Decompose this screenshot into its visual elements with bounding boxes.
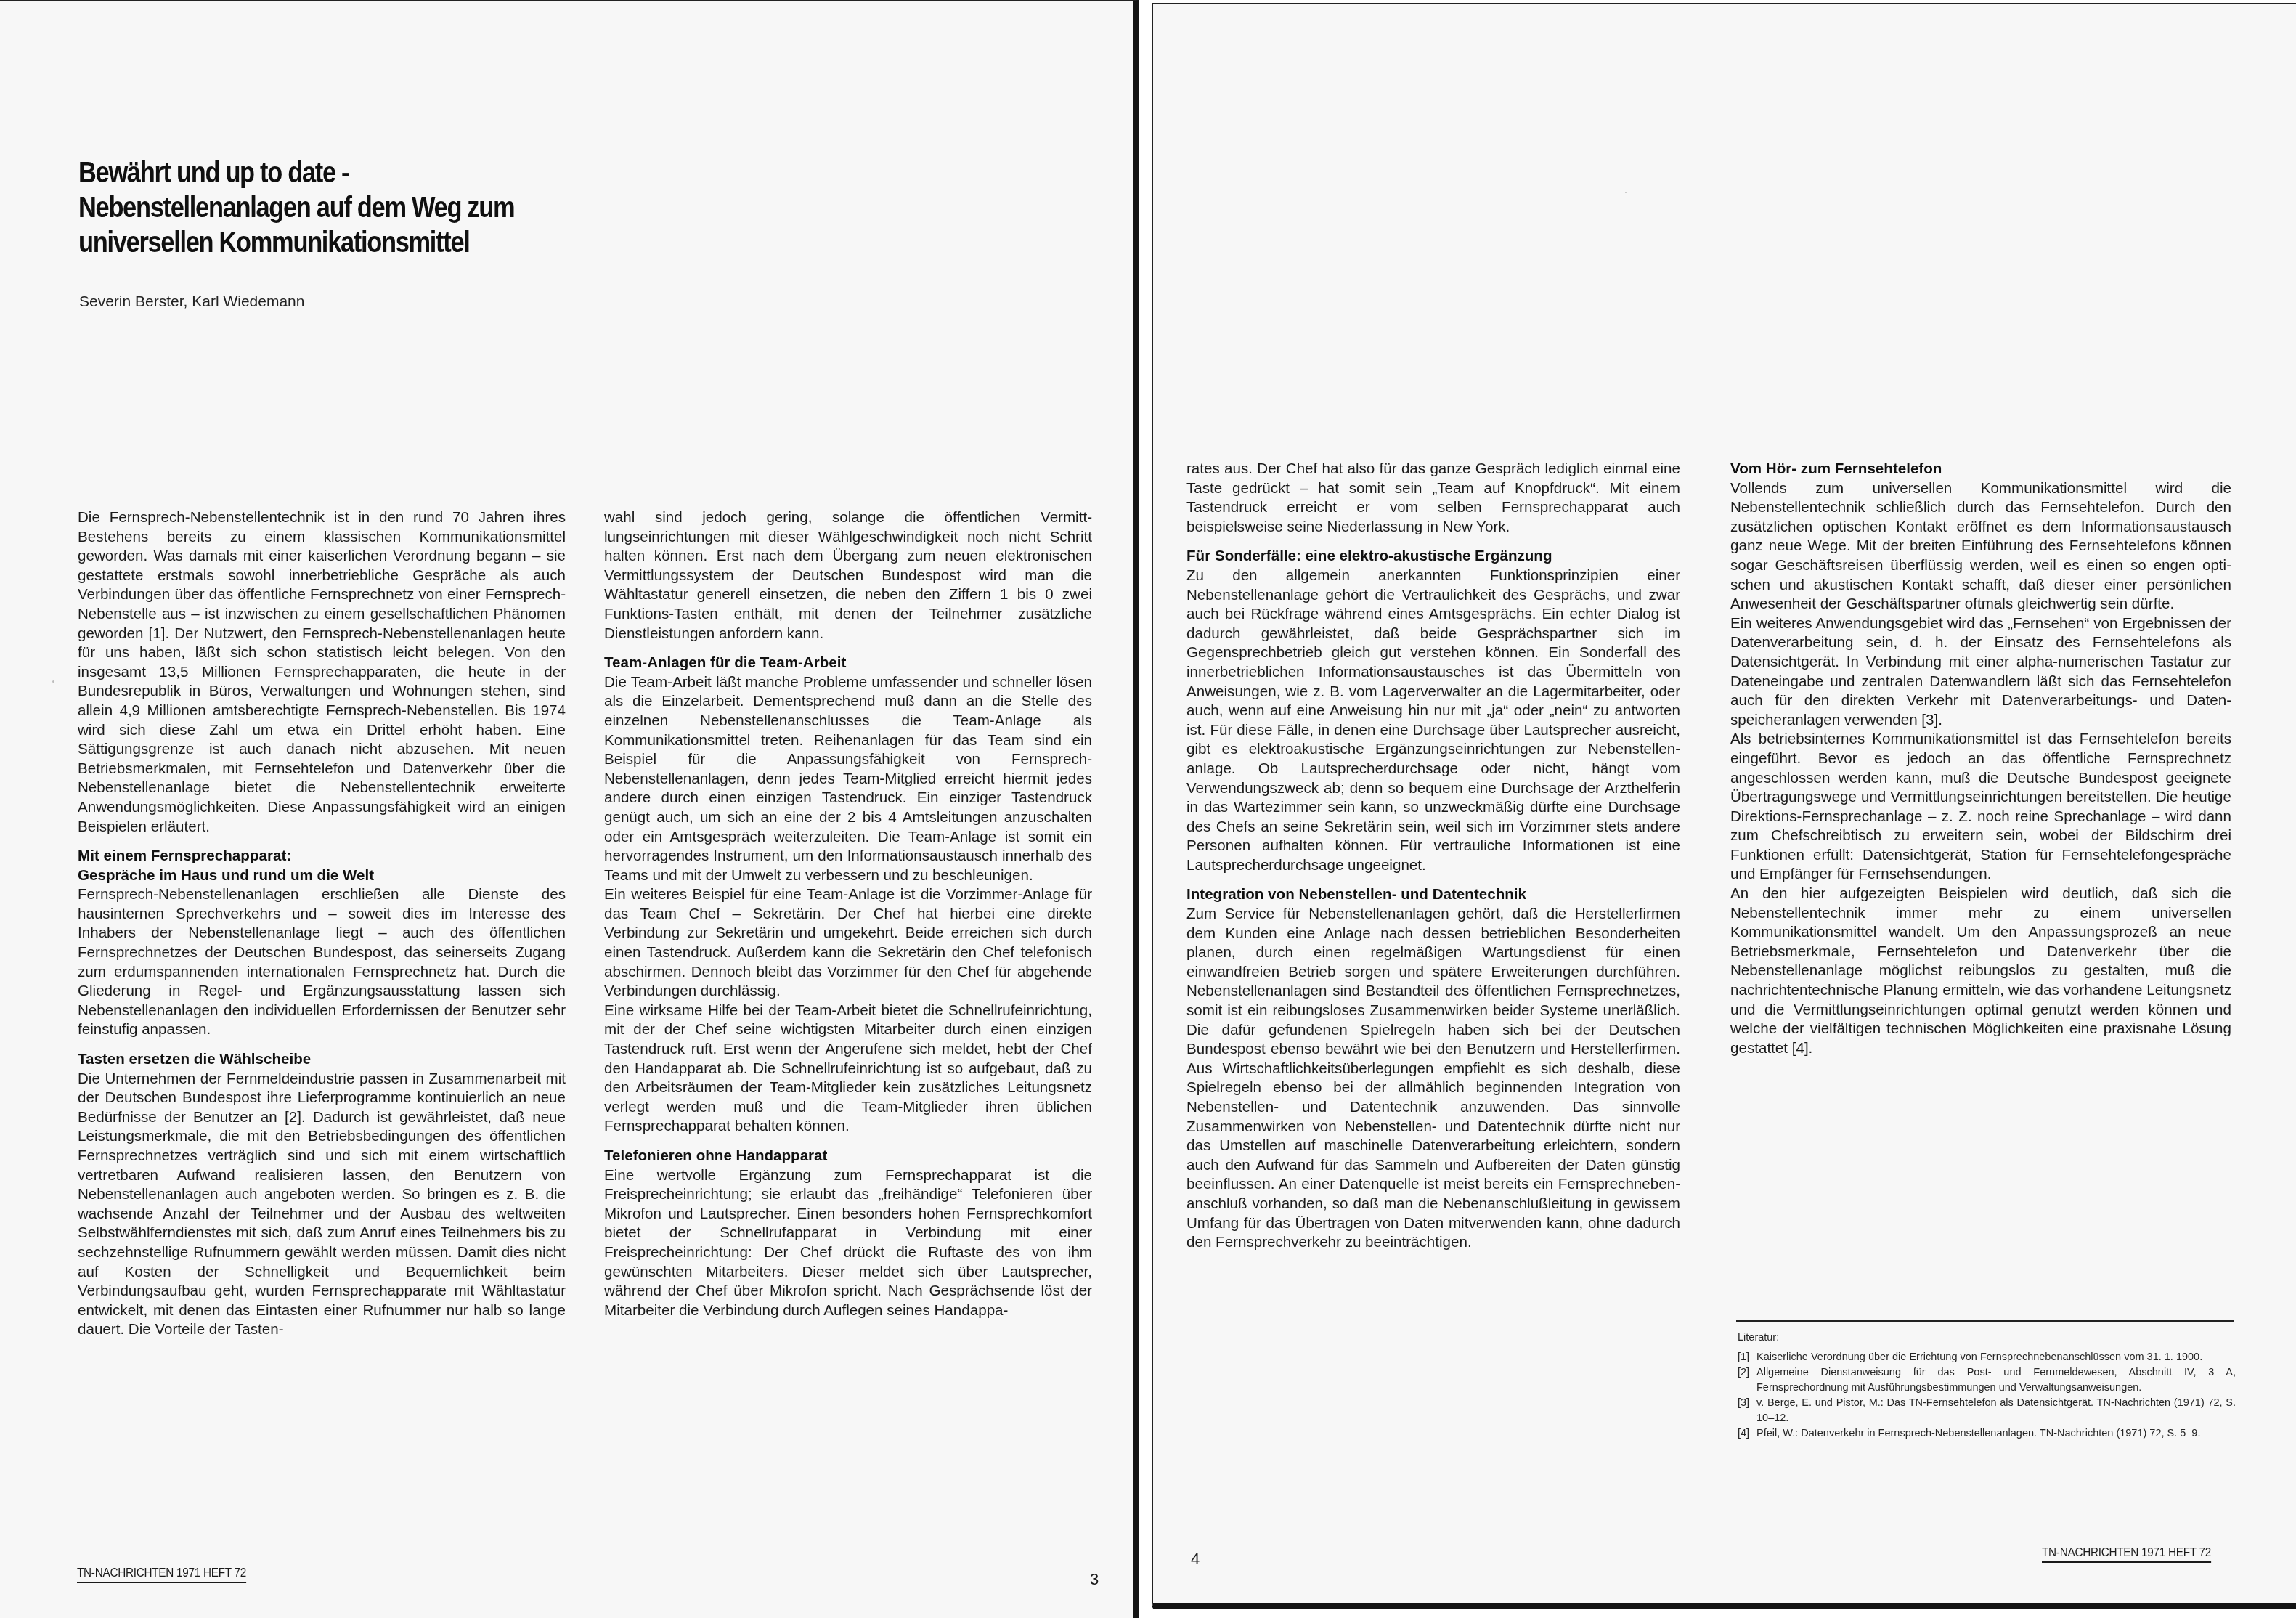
section-body-fernsehtelefon-4: An den hier aufgezeigten Beispielen wird… (1730, 885, 2231, 1058)
references-divider (1736, 1320, 2234, 1322)
left-page-column-2: wahl sind jedoch gering, solange die öff… (604, 508, 1092, 1320)
references-list: Literatur: [1] Kaiserliche Verordnung üb… (1738, 1330, 2236, 1442)
section-body-team-anlagen-2: Ein weiteres Beispiel für eine Team-Anla… (604, 885, 1092, 1001)
continuation-paragraph: rates aus. Der Chef hat also für das gan… (1186, 460, 1680, 537)
section-body-fernsehtelefon-3: Als betriebsinternes Kommunikationsmitte… (1730, 730, 2231, 885)
section-body-fernsehtelefon-2: Ein weiteres Anwendungsgebiet wird das „… (1730, 614, 2231, 731)
page-number-right: 4 (1191, 1550, 1200, 1569)
section-body-team-anlagen-1: Die Team-Arbeit läßt manche Probleme umf… (604, 673, 1092, 886)
scan-speck (1625, 192, 1627, 193)
left-page-column-1: Die Fernsprech-Nebenstellentechnik ist i… (78, 508, 566, 1340)
section-heading-team-anlagen: Team-Anlagen für die Team-Arbeit (604, 654, 1092, 673)
journal-footer-right: TN-NACHRICHTEN 1971 HEFT 72 (2042, 1545, 2211, 1563)
section-heading-fernsprechapparat-line1: Mit einem Fernsprechapparat: (78, 847, 566, 866)
reference-item: [4] Pfeil, W.: Datenverkehr in Fernsprec… (1738, 1426, 2236, 1442)
title-line-1: Bewährt und up to date - (78, 155, 540, 190)
references-label: Literatur: (1738, 1330, 2236, 1346)
article-authors: Severin Berster, Karl Wiedemann (79, 293, 304, 311)
reference-item: [1] Kaiserliche Verordnung über die Erri… (1738, 1350, 2236, 1365)
reference-number: [4] (1738, 1426, 1756, 1442)
section-body-fernsprechapparat: Fernsprech-Nebenstellenanlagen erschließ… (78, 885, 566, 1040)
reference-item: [2] Allgemeine Dienstanweisung für das P… (1738, 1365, 2236, 1396)
title-line-2: Nebenstellenanlagen auf dem Weg zum (78, 190, 540, 225)
title-line-3: universellen Kommunikationsmittel (78, 225, 540, 260)
section-heading-fernsehtelefon: Vom Hör- zum Fernsehtelefon (1730, 460, 2231, 479)
page-left: Bewährt und up to date - Nebenstellenanl… (0, 0, 1139, 1618)
reference-number: [1] (1738, 1350, 1756, 1365)
reference-item: [3] v. Berge, E. und Pistor, M.: Das TN-… (1738, 1396, 2236, 1426)
article-title: Bewährt und up to date - Nebenstellenanl… (78, 155, 540, 260)
section-body-integration: Zum Service für Nebenstellenanlagen gehö… (1186, 905, 1680, 1253)
page-right: rates aus. Der Chef hat also für das gan… (1152, 3, 2296, 1609)
journal-footer-left: TN-NACHRICHTEN 1971 HEFT 72 (77, 1566, 246, 1583)
reference-text: v. Berge, E. und Pistor, M.: Das TN-Fern… (1756, 1396, 2236, 1426)
section-heading-tasten: Tasten ersetzen die Wählscheibe (78, 1050, 566, 1070)
reference-number: [3] (1738, 1396, 1756, 1426)
right-page-column-2: Vom Hör- zum Fernsehtelefon Vollends zum… (1730, 460, 2231, 1058)
section-heading-telefonieren: Telefonieren ohne Handapparat (604, 1147, 1092, 1166)
intro-paragraph: Die Fernsprech-Nebenstellentechnik ist i… (78, 508, 566, 837)
reference-number: [2] (1738, 1365, 1756, 1396)
scan-speck (52, 680, 54, 683)
section-heading-fernsprechapparat-line2: Gespräche im Haus und rund um die Welt (78, 866, 566, 886)
reference-text: Allgemeine Dienstanweisung für das Post-… (1756, 1365, 2236, 1396)
right-page-column-1: rates aus. Der Chef hat also für das gan… (1186, 460, 1680, 1253)
section-body-telefonieren: Eine wertvolle Ergänzung zum Fernsprecha… (604, 1166, 1092, 1321)
reference-text: Kaiserliche Verordnung über die Errichtu… (1756, 1350, 2236, 1365)
section-body-fernsehtelefon-1: Vollends zum universellen Kommunikations… (1730, 479, 2231, 614)
page-number-left: 3 (1090, 1570, 1099, 1589)
continuation-paragraph: wahl sind jedoch gering, solange die öff… (604, 508, 1092, 643)
section-heading-sonderfaelle: Für Sonderfälle: eine elektro-akustische… (1186, 547, 1680, 566)
section-body-sonderfaelle: Zu den allgemein anerkannten Funktionspr… (1186, 566, 1680, 876)
section-body-team-anlagen-3: Eine wirksame Hilfe bei der Team-Arbeit … (604, 1001, 1092, 1137)
section-body-tasten: Die Unternehmen der Fernmeldeindustrie p… (78, 1070, 566, 1340)
section-heading-integration: Integration von Nebenstellen- und Datent… (1186, 885, 1680, 905)
reference-text: Pfeil, W.: Datenverkehr in Fernsprech-Ne… (1756, 1426, 2236, 1442)
